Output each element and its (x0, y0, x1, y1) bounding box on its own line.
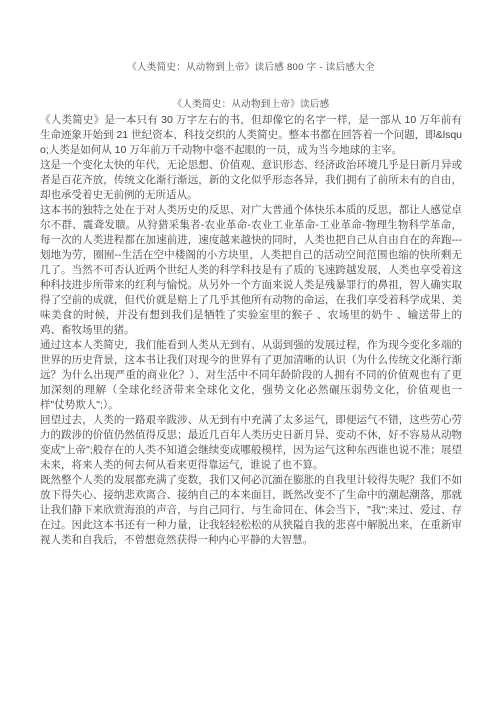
document-page: 《人类简史：从动物到上帝》读后感 800 字 - 读后感大全 《人类简史：从动物… (0, 0, 500, 708)
article-body: 《人类简史》是一本只有 30 万字左右的书，但却像它的名字一样，是一部从 10 … (40, 113, 462, 548)
paragraph-4: 通过这本人类简史，我们能看到人类从无到有、从弱到强的发展过程，作为现今变化多端的… (40, 338, 462, 413)
paragraph-2: 这是一个变化太快的年代，无论思想、价值观、意识形态、经济政治环境几乎是日新月异或… (40, 158, 462, 203)
page-title: 《人类简史：从动物到上帝》读后感 800 字 - 读后感大全 (40, 61, 462, 75)
paragraph-6: 既然整个人类的发展都充满了变数，我们又何必沉湎在膨胀的自我里计较得失呢？我们不如… (40, 473, 462, 548)
paragraph-3: 这本书的独特之处在于对人类历史的反思、对广大普通个体快乐本质的反思，都让人感觉卓… (40, 203, 462, 338)
paragraph-5: 回望过去，人类的一路艰辛跋涉、从无到有中充满了太多运气，即便运气不错，这些劳心劳… (40, 413, 462, 473)
article-title: 《人类简史：从动物到上帝》读后感 (40, 97, 462, 112)
paragraph-1: 《人类简史》是一本只有 30 万字左右的书，但却像它的名字一样，是一部从 10 … (40, 113, 462, 158)
